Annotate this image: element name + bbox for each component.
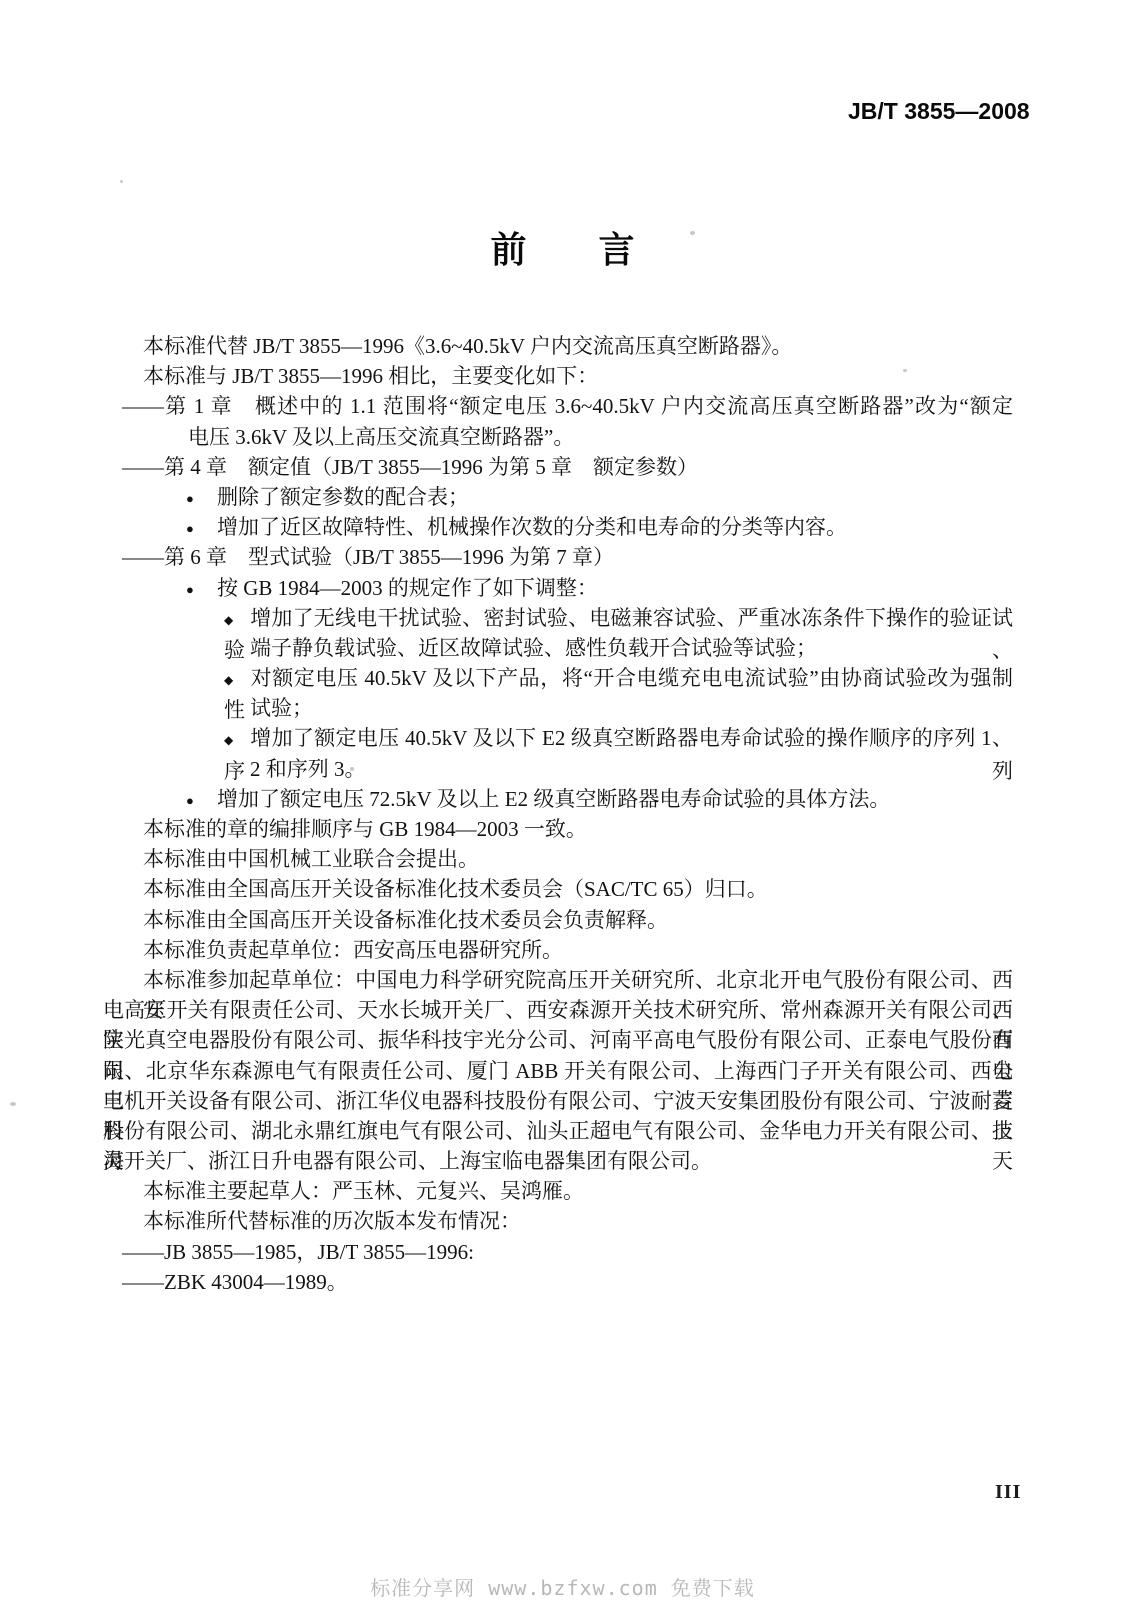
scan-speck xyxy=(120,180,123,183)
scan-speck xyxy=(903,369,907,372)
doc-line: 试验； xyxy=(0,693,1125,723)
doc-line: 本标准与 JB/T 3855—1996 相比，主要变化如下： xyxy=(0,361,1125,391)
page-title: 前 言 xyxy=(0,222,1125,273)
doc-line: ●增加了额定电压 72.5kV 及以上 E2 级真空断路器电寿命试验的具体方法。 xyxy=(0,784,1125,814)
doc-line: 股份有限公司、湖北永鼎红旗电气有限公司、汕头正超电气有限公司、金华电力开关有限公… xyxy=(0,1116,1125,1146)
doc-line: 电压 3.6kV 及以上高压交流真空断路器”。 xyxy=(0,422,1125,452)
doc-line-text: 增加了额定电压 72.5kV 及以上 E2 级真空断路器电寿命试验的具体方法。 xyxy=(217,787,890,811)
standard-code: JB/T 3855—2008 xyxy=(848,98,1013,125)
doc-line: ●增加了近区故障特性、机械操作次数的分类和电寿命的分类等内容。 xyxy=(0,512,1125,542)
circle-bullet-icon: ● xyxy=(186,786,217,816)
doc-line: 本标准的章的编排顺序与 GB 1984—2003 一致。 xyxy=(0,814,1125,844)
doc-line: 本标准由中国机械工业联合会提出。 xyxy=(0,844,1125,874)
doc-line: 本标准由全国高压开关设备标准化技术委员会负责解释。 xyxy=(0,905,1125,935)
doc-line: ●删除了额定参数的配合表； xyxy=(0,482,1125,512)
doc-line: 宝光真空电器股份有限公司、振华科技宇光分公司、河南平高电气股份有限公司、正泰电气… xyxy=(0,1025,1125,1055)
scan-speck xyxy=(350,767,354,771)
circle-bullet-icon: ● xyxy=(186,514,217,544)
doc-line: 司、北京华东森源电气有限责任公司、厦门 ABB 开关有限公司、上海西门子开关有限… xyxy=(0,1056,1125,1086)
diamond-bullet-icon: ◆ xyxy=(224,725,250,755)
doc-line: ——第 6 章 型式试验（JB/T 3855—1996 为第 7 章） xyxy=(0,542,1125,572)
doc-line: 本标准所代替标准的历次版本发布情况： xyxy=(0,1206,1125,1236)
page-number: III xyxy=(995,1481,1021,1504)
doc-line-text: 增加了近区故障特性、机械操作次数的分类和电寿命的分类等内容。 xyxy=(217,515,847,539)
doc-line: 电高压开关有限责任公司、天水长城开关厂、西安森源开关技术研究所、常州森源开关有限… xyxy=(0,995,1125,1025)
doc-line: ◆增加了额定电压 40.5kV 及以下 E2 级真空断路器电寿命试验的操作顺序的… xyxy=(0,723,1125,753)
doc-line: 电机开关设备有限公司、浙江华仪电器科技股份有限公司、宁波天安集团股份有限公司、宁… xyxy=(0,1086,1125,1116)
scan-speck xyxy=(10,1102,16,1106)
doc-line: 本标准主要起草人：严玉林、元复兴、吴鸿雁。 xyxy=(0,1176,1125,1206)
doc-line: 本标准由全国高压开关设备标准化技术委员会（SAC/TC 65）归口。 xyxy=(0,874,1125,904)
doc-line: 本标准参加起草单位：中国电力科学研究院高压开关研究所、北京北开电气股份有限公司、… xyxy=(0,965,1125,995)
doc-line: ◆增加了无线电干扰试验、密封试验、电磁兼容试验、严重冰冻条件下操作的验证试验、 xyxy=(0,603,1125,633)
watermark-text: 标准分享网 www.bzfxw.com 免费下载 xyxy=(0,1572,1125,1600)
diamond-bullet-icon: ◆ xyxy=(224,605,250,635)
scan-speck xyxy=(690,231,695,235)
doc-line: ——ZBK 43004—1989。 xyxy=(0,1267,1125,1297)
doc-line-text: 按 GB 1984—2003 的规定作了如下调整： xyxy=(217,576,598,600)
doc-line: ——第 4 章 额定值（JB/T 3855—1996 为第 5 章 额定参数） xyxy=(0,452,1125,482)
circle-bullet-icon: ● xyxy=(186,575,217,605)
doc-line: ——JB 3855—1985，JB/T 3855—1996: xyxy=(0,1237,1125,1267)
doc-line: 本标准负责起草单位：西安高压电器研究所。 xyxy=(0,935,1125,965)
document-page: JB/T 3855—2008 前 言 本标准代替 JB/T 3855—1996《… xyxy=(0,0,1125,1600)
doc-line: 本标准代替 JB/T 3855—1996《3.6~40.5kV 户内交流高压真空… xyxy=(0,331,1125,361)
document-body: 本标准代替 JB/T 3855—1996《3.6~40.5kV 户内交流高压真空… xyxy=(0,331,1125,1297)
doc-line: ◆对额定电压 40.5kV 及以下产品，将“开合电缆充电电流试验”由协商试验改为… xyxy=(0,663,1125,693)
doc-line: ●按 GB 1984—2003 的规定作了如下调整： xyxy=(0,573,1125,603)
doc-line: ——第 1 章 概述中的 1.1 范围将“额定电压 3.6~40.5kV 户内交… xyxy=(0,391,1125,421)
doc-line-text: 删除了额定参数的配合表； xyxy=(217,485,469,509)
diamond-bullet-icon: ◆ xyxy=(224,665,250,695)
circle-bullet-icon: ● xyxy=(186,484,217,514)
